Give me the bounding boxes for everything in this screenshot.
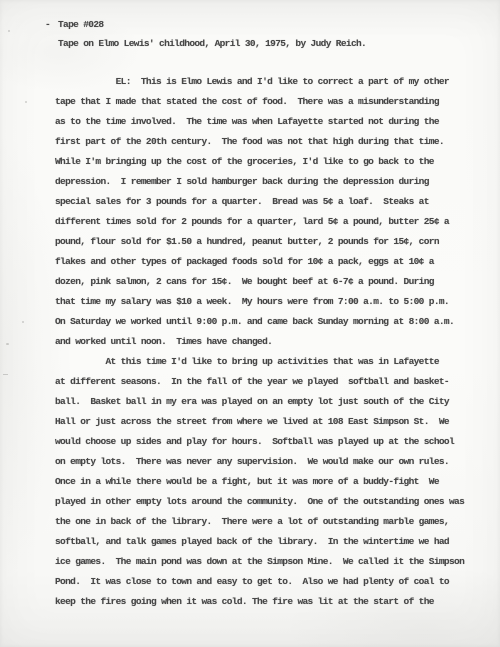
transcript-line: as to the time involved. The time was wh… xyxy=(55,112,464,132)
transcript-line: Once in a while there would be a fight, … xyxy=(55,472,464,492)
transcript-line: At this time I'd like to bring up activi… xyxy=(55,352,464,372)
scan-speck xyxy=(22,321,24,323)
scan-speck xyxy=(8,30,10,32)
transcript-line: and worked until noon. Times have change… xyxy=(55,332,464,352)
transcript-line: keep the fires going when it was cold. T… xyxy=(55,592,464,612)
transcript-line: ice games. The main pond was down at the… xyxy=(55,552,464,572)
scanned-document-page: - Tape #028 Tape on Elmo Lewis' childhoo… xyxy=(0,0,500,647)
margin-dash-mark: - xyxy=(45,15,50,34)
transcript-line: dozen, pink salmon, 2 cans for 15¢. We b… xyxy=(55,272,464,292)
scan-speck xyxy=(3,374,8,375)
transcript-line: pound, flour sold for $1.50 a hundred, p… xyxy=(55,232,464,252)
transcript-line: Pond. It was close to town and easy to g… xyxy=(55,572,464,592)
document-header: Tape #028 Tape on Elmo Lewis' childhood,… xyxy=(58,15,366,53)
tape-description: Tape on Elmo Lewis' childhood, April 30,… xyxy=(58,34,366,53)
transcript-line: on empty lots. There was never any super… xyxy=(55,452,464,472)
transcript-line: flakes and other types of packaged foods… xyxy=(55,252,464,272)
transcript-line: would choose up sides and play for hours… xyxy=(55,432,464,452)
transcript-line: EL: This is Elmo Lewis and I'd like to c… xyxy=(55,72,464,92)
scan-speck xyxy=(6,343,9,345)
transcript-line: depression. I remember I sold hamburger … xyxy=(55,172,464,192)
transcript-line: special sales for 3 pounds for a quarter… xyxy=(55,192,464,212)
transcript-line: Hall or just across the street from wher… xyxy=(55,412,464,432)
transcript-line: different times sold for 2 pounds for a … xyxy=(55,212,464,232)
transcript-line: first part of the 20th century. The food… xyxy=(55,132,464,152)
tape-number: Tape #028 xyxy=(58,15,366,34)
transcript-line: played in other empty lots around the co… xyxy=(55,492,464,512)
transcript-line: ball. Basket ball in my era was played o… xyxy=(55,392,464,412)
transcript-line: tape that I made that stated the cost of… xyxy=(55,92,464,112)
transcript-line: that time my salary was $10 a week. My h… xyxy=(55,292,464,312)
transcript-line: softball, and talk games played back of … xyxy=(55,532,464,552)
transcript-line: at different seasons. In the fall of the… xyxy=(55,372,464,392)
transcript-line: the one in back of the library. There we… xyxy=(55,512,464,532)
transcript-body: EL: This is Elmo Lewis and I'd like to c… xyxy=(55,72,464,612)
transcript-line: On Saturday we worked until 9:00 p.m. an… xyxy=(55,312,464,332)
scan-speck xyxy=(25,101,27,103)
transcript-line: While I'm bringing up the cost of the gr… xyxy=(55,152,464,172)
